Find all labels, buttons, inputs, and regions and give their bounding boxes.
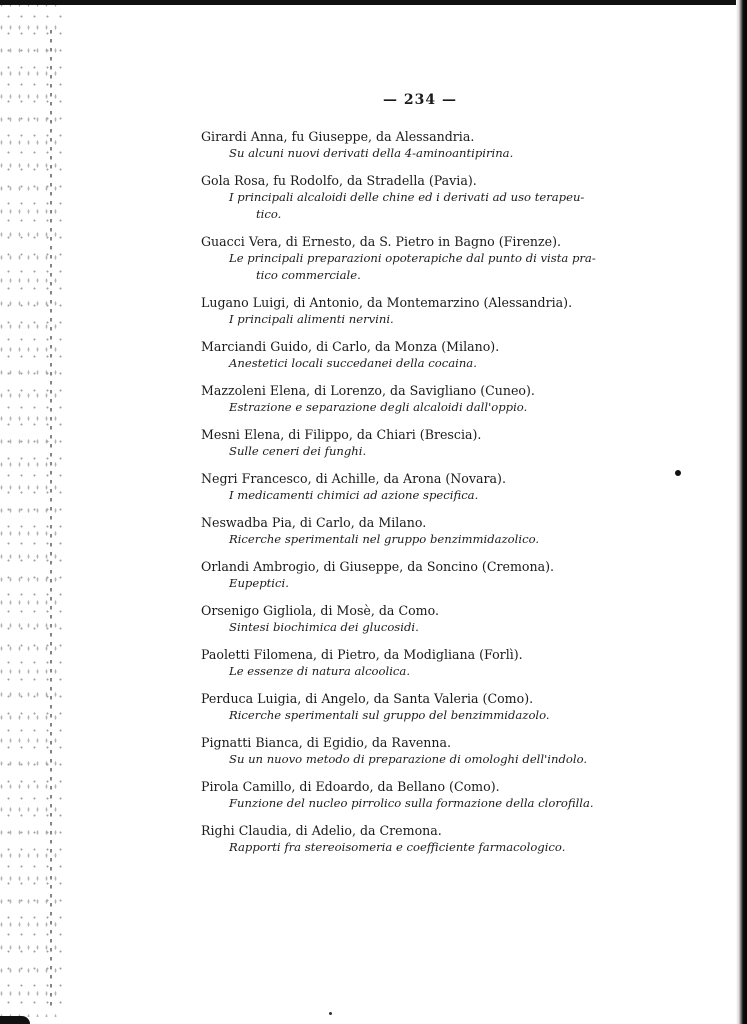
entry-title: Le principali preparazioni opoterapiche … [201, 250, 661, 284]
list-item: Paoletti Filomena, di Pietro, da Modigli… [201, 646, 661, 680]
entry-author: Perduca Luigia, di Angelo, da Santa Vale… [201, 690, 661, 707]
list-item: Girardi Anna, fu Giuseppe, da Alessandri… [201, 128, 661, 162]
entry-title: Funzione del nucleo pirrolico sulla form… [201, 795, 661, 812]
entry-title-continuation: tico commerciale. [229, 267, 661, 284]
entry-title-text: Su un nuovo metodo di preparazione di om… [229, 752, 587, 766]
entry-author: Pirola Camillo, di Edoardo, da Bellano (… [201, 778, 661, 795]
entry-title: Su un nuovo metodo di preparazione di om… [201, 751, 661, 768]
entry-title: Ricerche sperimentali sul gruppo del ben… [201, 707, 661, 724]
list-item: Mesni Elena, di Filippo, da Chiari (Bres… [201, 426, 661, 460]
entry-title-text: Rapporti fra stereoisomeria e coefficien… [229, 840, 565, 854]
entry-title: I principali alimenti nervini. [201, 311, 661, 328]
ink-blot-mark [675, 470, 681, 476]
entry-author: Mazzoleni Elena, di Lorenzo, da Saviglia… [201, 382, 661, 399]
entry-title-text: Anestetici locali succedanei della cocai… [229, 356, 477, 370]
scan-bottom-corner [0, 1016, 30, 1024]
entry-title-text: Estrazione e separazione degli alcaloidi… [229, 400, 527, 414]
entry-author: Guacci Vera, di Ernesto, da S. Pietro in… [201, 233, 661, 250]
list-item: Pignatti Bianca, di Egidio, da Ravenna. … [201, 734, 661, 768]
entry-author: Righi Claudia, di Adelio, da Cremona. [201, 822, 661, 839]
list-item: Orlandi Ambrogio, di Giuseppe, da Soncin… [201, 558, 661, 592]
scan-left-binding-line [50, 30, 52, 1010]
entry-title-text: Sintesi biochimica dei glucosidi. [229, 620, 419, 634]
entry-title-continuation: tico. [229, 206, 661, 223]
entry-title-text: Su alcuni nuovi derivati della 4-aminoan… [229, 146, 513, 160]
entry-title-text: Sulle ceneri dei funghi. [229, 444, 366, 458]
entry-author: Orsenigo Gigliola, di Mosè, da Como. [201, 602, 661, 619]
entry-author: Neswadba Pia, di Carlo, da Milano. [201, 514, 661, 531]
entry-title-text: I principali alimenti nervini. [229, 312, 394, 326]
entry-author: Lugano Luigi, di Antonio, da Montemarzin… [201, 294, 661, 311]
entry-title-text: Le essenze di natura alcoolica. [229, 664, 410, 678]
entry-title-text: Ricerche sperimentali sul gruppo del ben… [229, 708, 550, 722]
entry-author: Orlandi Ambrogio, di Giuseppe, da Soncin… [201, 558, 661, 575]
entry-title: Anestetici locali succedanei della cocai… [201, 355, 661, 372]
entry-author: Pignatti Bianca, di Egidio, da Ravenna. [201, 734, 661, 751]
entry-title: I medicamenti chimici ad azione specific… [201, 487, 661, 504]
entry-title: I principali alcaloidi delle chine ed i … [201, 189, 661, 223]
scan-left-margin-noise [0, 5, 62, 1017]
list-item: Neswadba Pia, di Carlo, da Milano. Ricer… [201, 514, 661, 548]
entry-title: Sulle ceneri dei funghi. [201, 443, 661, 460]
list-item: Perduca Luigia, di Angelo, da Santa Vale… [201, 690, 661, 724]
thesis-list: Girardi Anna, fu Giuseppe, da Alessandri… [201, 128, 661, 866]
list-item: Guacci Vera, di Ernesto, da S. Pietro in… [201, 233, 661, 284]
entry-title: Estrazione e separazione degli alcaloidi… [201, 399, 661, 416]
list-item: Mazzoleni Elena, di Lorenzo, da Saviglia… [201, 382, 661, 416]
entry-title: Su alcuni nuovi derivati della 4-aminoan… [201, 145, 661, 162]
entry-title: Sintesi biochimica dei glucosidi. [201, 619, 661, 636]
list-item: Righi Claudia, di Adelio, da Cremona. Ra… [201, 822, 661, 856]
entry-title-text: Eupeptici. [229, 576, 289, 590]
entry-title: Le essenze di natura alcoolica. [201, 663, 661, 680]
entry-title-text: Funzione del nucleo pirrolico sulla form… [229, 796, 594, 810]
list-item: Orsenigo Gigliola, di Mosè, da Como. Sin… [201, 602, 661, 636]
list-item: Lugano Luigi, di Antonio, da Montemarzin… [201, 294, 661, 328]
entry-title-text: I medicamenti chimici ad azione specific… [229, 488, 478, 502]
page-number: — 234 — [380, 92, 460, 108]
entry-title: Eupeptici. [201, 575, 661, 592]
scan-right-border [736, 0, 747, 1024]
entry-title-text: Ricerche sperimentali nel gruppo benzimm… [229, 532, 539, 546]
scan-top-border [0, 0, 747, 5]
scanned-page: — 234 — Girardi Anna, fu Giuseppe, da Al… [0, 0, 747, 1024]
entry-title-text: Le principali preparazioni opoterapiche … [229, 251, 596, 265]
entry-author: Girardi Anna, fu Giuseppe, da Alessandri… [201, 128, 661, 145]
entry-title: Ricerche sperimentali nel gruppo benzimm… [201, 531, 661, 548]
list-item: Negri Francesco, di Achille, da Arona (N… [201, 470, 661, 504]
entry-author: Mesni Elena, di Filippo, da Chiari (Bres… [201, 426, 661, 443]
list-item: Marciandi Guido, di Carlo, da Monza (Mil… [201, 338, 661, 372]
ink-speck [329, 1012, 332, 1015]
entry-author: Gola Rosa, fu Rodolfo, da Stradella (Pav… [201, 172, 661, 189]
entry-author: Marciandi Guido, di Carlo, da Monza (Mil… [201, 338, 661, 355]
list-item: Pirola Camillo, di Edoardo, da Bellano (… [201, 778, 661, 812]
entry-title-text: I principali alcaloidi delle chine ed i … [229, 190, 584, 204]
entry-author: Paoletti Filomena, di Pietro, da Modigli… [201, 646, 661, 663]
entry-title: Rapporti fra stereoisomeria e coefficien… [201, 839, 661, 856]
entry-author: Negri Francesco, di Achille, da Arona (N… [201, 470, 661, 487]
list-item: Gola Rosa, fu Rodolfo, da Stradella (Pav… [201, 172, 661, 223]
